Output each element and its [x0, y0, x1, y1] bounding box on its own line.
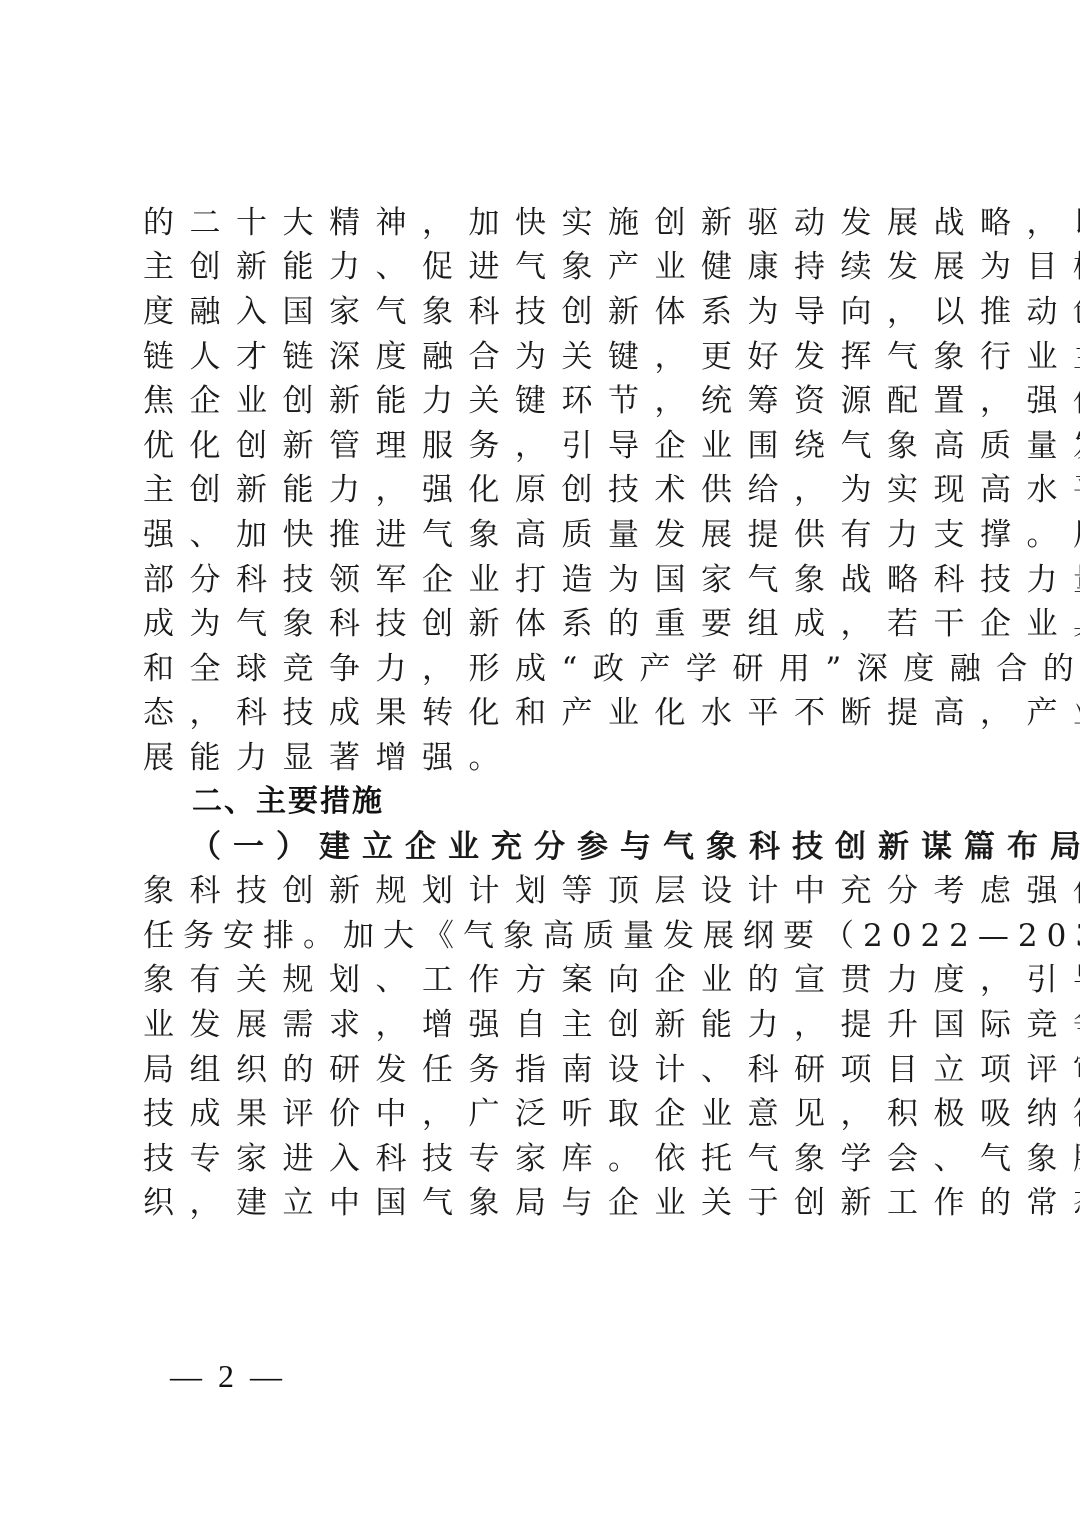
body-text-line: 技专家进入科技专家库。依托气象学会、气象服务协会等社会组 — [143, 1139, 943, 1179]
subsection-title: （一）建立企业充分参与气象科技创新谋篇布局机制。 — [190, 829, 1080, 865]
body-text-line: 强、加快推进气象高质量发展提供有力支撑。用5至10年时间， — [143, 515, 943, 555]
body-text-line: 的二十大精神，加快实施创新驱动发展战略，以增强气象科技自 — [143, 203, 943, 243]
body-text-line: 织，建立中国气象局与企业关于创新工作的常态化联系机制，鼓 — [143, 1183, 943, 1223]
body-text-line: 度融入国家气象科技创新体系为导向，以推动创新链产业链资金 — [143, 292, 943, 332]
body-text-line: 技成果评价中，广泛听取企业意见，积极吸纳符合条件的企业科 — [143, 1094, 943, 1134]
body-text-line: 优化创新管理服务，引导企业围绕气象高质量发展需求，增强自 — [143, 426, 943, 466]
body-text-line: 展能力显著增强。 — [143, 738, 943, 778]
body-text-line: 链人才链深度融合为关键，更好发挥气象行业主管部门作用，聚 — [143, 337, 943, 377]
body-text-line: 部分科技领军企业打造为国家气象战略科技力量，一批龙头企业 — [143, 560, 943, 600]
document-page: 的二十大精神，加快实施创新驱动发展战略，以增强气象科技自 主创新能力、促进气象产… — [0, 0, 1080, 1527]
body-text-line: 和全球竞争力，形成“政产学研用”深度融合的气象产业创新生 — [143, 649, 943, 689]
body-text-line: 象科技创新规划计划等顶层设计中充分考虑强化企业创新能力的 — [143, 871, 943, 911]
body-text-line: 成为气象科技创新体系的重要组成，若干企业具有显著科技优势 — [143, 604, 943, 644]
body-text-line: 焦企业创新能力关键环节，统筹资源配置，强化成果转化应用， — [143, 381, 943, 421]
body-text-line: 主创新能力，强化原创技术供给，为实现高水平气象科技自立自 — [143, 470, 943, 510]
body-text-line: 态，科技成果转化和产业化水平不断提高，产业重点领域创新发 — [143, 693, 943, 733]
body-text-line: 主创新能力、促进气象产业健康持续发展为目标，以促进企业深 — [143, 247, 943, 287]
body-text-line: 任务安排。加大《气象高质量发展纲要（2022—2035年）》和气 — [143, 916, 943, 956]
subsection-line: （一）建立企业充分参与气象科技创新谋篇布局机制。在气 — [190, 827, 950, 867]
body-text-line: 局组织的研发任务指南设计、科研项目立项评审、科研机构和科 — [143, 1050, 943, 1090]
body-text-line: 业发展需求，增强自主创新能力，提升国际竞争力。在中国气象 — [143, 1005, 943, 1045]
section-heading: 二、主要措施 — [192, 782, 384, 822]
body-text-line: 象有关规划、工作方案向企业的宣贯力度，引导企业聚焦气象事 — [143, 960, 943, 1000]
page-number: — 2 — — [170, 1358, 286, 1395]
